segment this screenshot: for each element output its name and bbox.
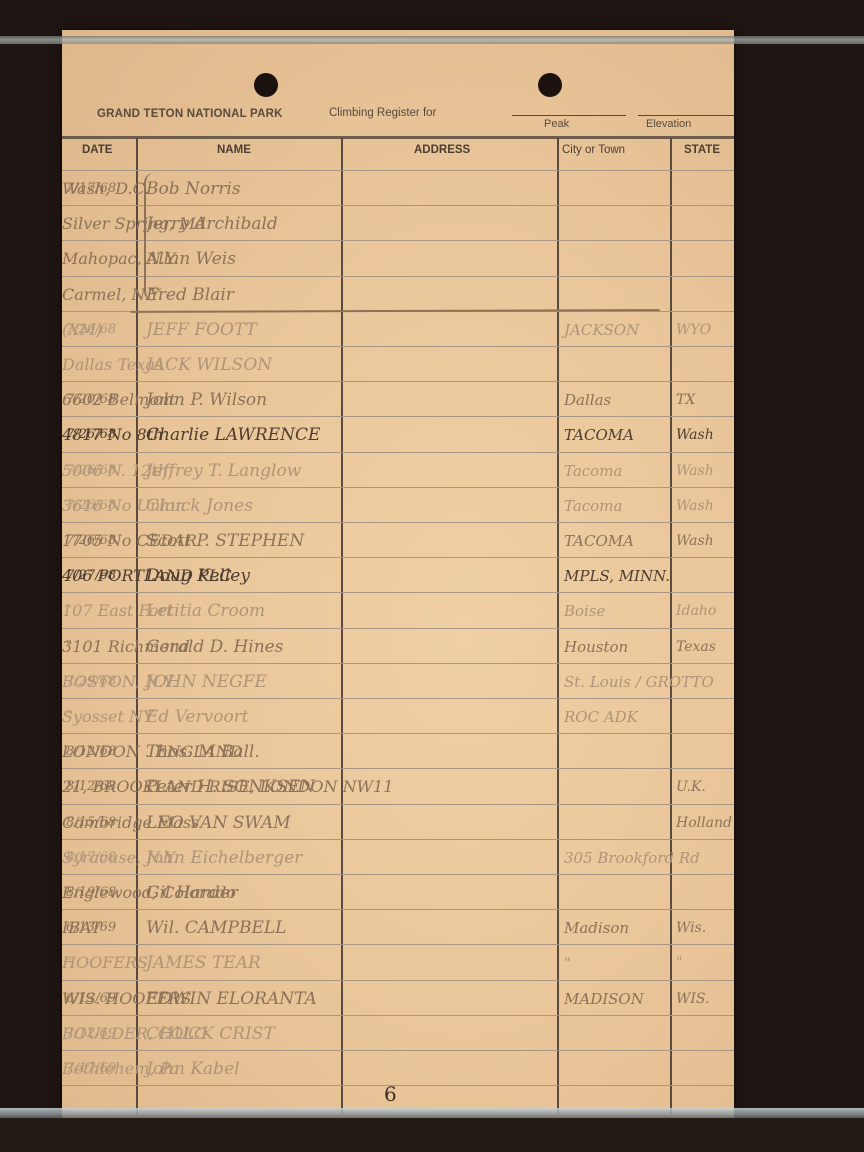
entry-state: Texas	[676, 628, 734, 662]
entry-address: BOULDER, COLO	[62, 1015, 207, 1049]
elevation-label: Elevation	[646, 118, 691, 130]
entry-city: "	[564, 944, 672, 978]
register-entry-row: 8/19/68Gil HarderEnglewood, Colorado	[62, 874, 734, 908]
register-entry-row: Allan WeisMahopac, N.Y.	[62, 240, 734, 274]
register-entry-row: 7/20/68John P. Wilson6602 BelmontDallasT…	[62, 381, 734, 415]
register-entry-row: 7/12/69CHUCK CRISTBOULDER, COLO	[62, 1015, 734, 1049]
entry-city: JACKSON	[564, 311, 672, 345]
entry-state: Wash	[676, 522, 734, 556]
park-title: GRAND TETON NATIONAL PARK	[97, 108, 283, 120]
entry-city: MADISON	[564, 980, 672, 1014]
entry-address: Mahopac, N.Y.	[62, 240, 178, 274]
register-label: Climbing Register for	[329, 107, 436, 119]
entry-address: 107 East Fort	[62, 592, 173, 626]
entry-state	[676, 663, 734, 697]
entry-address: 5006 N. 12th	[62, 452, 168, 486]
column-header-city: City or Town	[562, 144, 625, 156]
column-header-date: DATE	[82, 144, 112, 156]
elevation-blank-line	[638, 115, 734, 116]
entry-city	[564, 1050, 672, 1084]
entry-name: Bob Norris	[146, 170, 342, 204]
entry-name: Charlie LAWRENCE	[146, 416, 342, 450]
entry-city	[564, 205, 672, 239]
entry-city	[564, 170, 672, 204]
column-header-address: ADDRESS	[414, 144, 470, 156]
entry-state: TX	[676, 381, 734, 415]
entry-city	[564, 874, 672, 908]
entry-state	[676, 874, 734, 908]
entry-state	[676, 240, 734, 274]
glass-edge-bottom	[0, 1108, 864, 1118]
entry-state: WYO	[676, 311, 734, 345]
entry-state	[676, 557, 734, 591]
entry-address: BOSTON, N.Y.	[62, 663, 177, 697]
entry-address: LONDON . ENGLAND	[62, 733, 242, 767]
entry-address: Syracuse, N.Y.	[62, 839, 178, 873]
column-header-name: NAME	[217, 144, 251, 156]
entry-city	[564, 733, 672, 767]
handwritten-mark: 6	[384, 1082, 397, 1106]
register-entry-row: Jerry ArchibaldSilver Spring, Md.	[62, 205, 734, 239]
entry-state: Wash	[676, 487, 734, 521]
group-brace	[144, 173, 158, 301]
register-entry-row: "JAMES TEARHOOFERS""	[62, 944, 734, 978]
entry-city	[564, 240, 672, 274]
entry-state: Wash	[676, 452, 734, 486]
header-rule	[62, 136, 734, 139]
entry-state: U.K.	[676, 768, 734, 802]
entry-state	[676, 698, 734, 732]
entry-address: Syosset NY	[62, 698, 154, 732]
entry-city: TACOMA	[564, 416, 672, 450]
entry-city: 305 Brookford Rd	[564, 839, 672, 873]
register-entry-row: 8/17/68John EichelbergerSyracuse, N.Y.30…	[62, 839, 734, 873]
register-entry-row: 7/26/68Charlie LAWRENCE4817 No 8thTACOMA…	[62, 416, 734, 450]
entry-city: MPLS, MINN.	[564, 557, 672, 591]
entry-state	[676, 733, 734, 767]
entry-address: 3616 No Union	[62, 487, 185, 521]
entry-address: 21, BROOKLAND RISE, LONDON NW11	[62, 768, 393, 802]
entry-address: Silver Spring, Md.	[62, 205, 211, 239]
register-entry-row: 7/17/68Bob NorrisWash, D.C.	[62, 170, 734, 204]
register-entry-row: 8/15/68LEO VAN SWAMCambridge MassHolland	[62, 804, 734, 838]
entry-state	[676, 839, 734, 873]
register-entry-row: "Letitia Croom107 East FortBoiseIdaho	[62, 592, 734, 626]
register-entry-row: Fred BlairCarmel, N.Y.	[62, 276, 734, 310]
entry-address: Dallas Texas	[62, 346, 163, 380]
entry-city: St. Louis / GROTTO	[564, 663, 672, 697]
entry-state: "	[676, 944, 734, 978]
entry-state	[676, 1050, 734, 1084]
entry-city: Madison	[564, 909, 672, 943]
entry-city	[564, 276, 672, 310]
entry-address: 4817 No 8th	[62, 416, 163, 450]
peak-label: Peak	[544, 118, 569, 130]
entry-address: Cambridge Mass	[62, 804, 199, 838]
entry-state	[676, 170, 734, 204]
entry-city	[564, 804, 672, 838]
frame-bottom	[0, 1118, 864, 1152]
entry-state	[676, 346, 734, 380]
register-entry-row: 7/17/69John KabelBethlehem, Pa	[62, 1050, 734, 1084]
entry-address: Bethlehem, Pa	[62, 1050, 179, 1084]
register-entry-row: 7/29/68JOHN NEGFEBOSTON, N.Y.St. Louis /…	[62, 663, 734, 697]
entry-city: Tacoma	[564, 452, 672, 486]
register-entry-row: 8/12/68Thos. M Ball.LONDON . ENGLAND	[62, 733, 734, 767]
register-entry-row: 7/27/68Doug Kelley406 PORTLAND PLCMPLS, …	[62, 557, 734, 591]
entry-name: JAMES TEAR	[146, 944, 342, 978]
entry-name: JACK WILSON	[146, 346, 342, 380]
entry-address: WIS. HOOFERS	[62, 980, 191, 1014]
entry-name: Wil. CAMPBELL	[146, 909, 342, 943]
entry-name: Ed Vervoort	[146, 698, 342, 732]
entry-address: 3101 Richmond	[62, 628, 190, 662]
entry-address: 406 PORTLAND PLC	[62, 557, 232, 591]
register-entry-row: 7/26/68Jeffrey T. Langlow5006 N. 12thTac…	[62, 452, 734, 486]
climbing-register-sheet: GRAND TETON NATIONAL PARK Climbing Regis…	[62, 30, 734, 1120]
entry-address: 6602 Belmont	[62, 381, 176, 415]
entry-name: Letitia Croom	[146, 592, 342, 626]
register-entry-row: 6/13/69Wil. CAMPBELLIBATMadisonWis.	[62, 909, 734, 943]
register-entry-row: 8/12/68Peter H. SONKSEN21, BROOKLAND RIS…	[62, 768, 734, 802]
entry-state: Wis.	[676, 909, 734, 943]
entry-name: JEFF FOOTT	[146, 311, 342, 345]
entry-city: Dallas	[564, 381, 672, 415]
punch-hole-left	[254, 73, 278, 97]
register-entry-row: "Gerald D. Hines3101 RichmondHoustonTexa…	[62, 628, 734, 662]
entry-address: Englewood, Colorado	[62, 874, 236, 908]
entry-city: Boise	[564, 592, 672, 626]
entry-address: (XM)	[62, 311, 102, 345]
register-entry-row: JACK WILSONDallas Texas	[62, 346, 734, 380]
entry-name: Fred Blair	[146, 276, 342, 310]
glass-edge-top	[0, 36, 864, 44]
entry-address: IBAT	[62, 909, 101, 943]
entry-city: Houston	[564, 628, 672, 662]
entry-city: TACOMA	[564, 522, 672, 556]
entry-state: Idaho	[676, 592, 734, 626]
entry-state: Holland	[676, 804, 734, 838]
entry-city	[564, 346, 672, 380]
column-header-state: STATE	[684, 144, 720, 156]
entry-address: 1705 No CEDAR	[62, 522, 197, 556]
register-entry-row: 7/20/68JEFF FOOTT(XM)JACKSONWYO	[62, 311, 734, 345]
register-entry-row: 7/26/68Scott P. STEPHEN1705 No CEDARTACO…	[62, 522, 734, 556]
entry-state	[676, 1015, 734, 1049]
entry-state	[676, 276, 734, 310]
entry-city	[564, 1015, 672, 1049]
punch-hole-right	[538, 73, 562, 97]
peak-blank-line	[512, 115, 626, 116]
entry-city: Tacoma	[564, 487, 672, 521]
register-entry-row: 6/13/69EDWIN ELORANTAWIS. HOOFERSMADISON…	[62, 980, 734, 1014]
ruled-line	[62, 1085, 734, 1086]
entry-city: ROC ADK	[564, 698, 672, 732]
entry-name: Jeffrey T. Langlow	[146, 452, 342, 486]
entry-state: WIS.	[676, 980, 734, 1014]
register-entry-row: 7/26/68Chuck Jones3616 No UnionTacomaWas…	[62, 487, 734, 521]
entry-address: Wash, D.C.	[62, 170, 149, 204]
register-entry-row: "Ed VervoortSyosset NYROC ADK	[62, 698, 734, 732]
entry-address: HOOFERS	[62, 944, 148, 978]
entry-state	[676, 205, 734, 239]
entry-city	[564, 768, 672, 802]
entry-state: Wash	[676, 416, 734, 450]
